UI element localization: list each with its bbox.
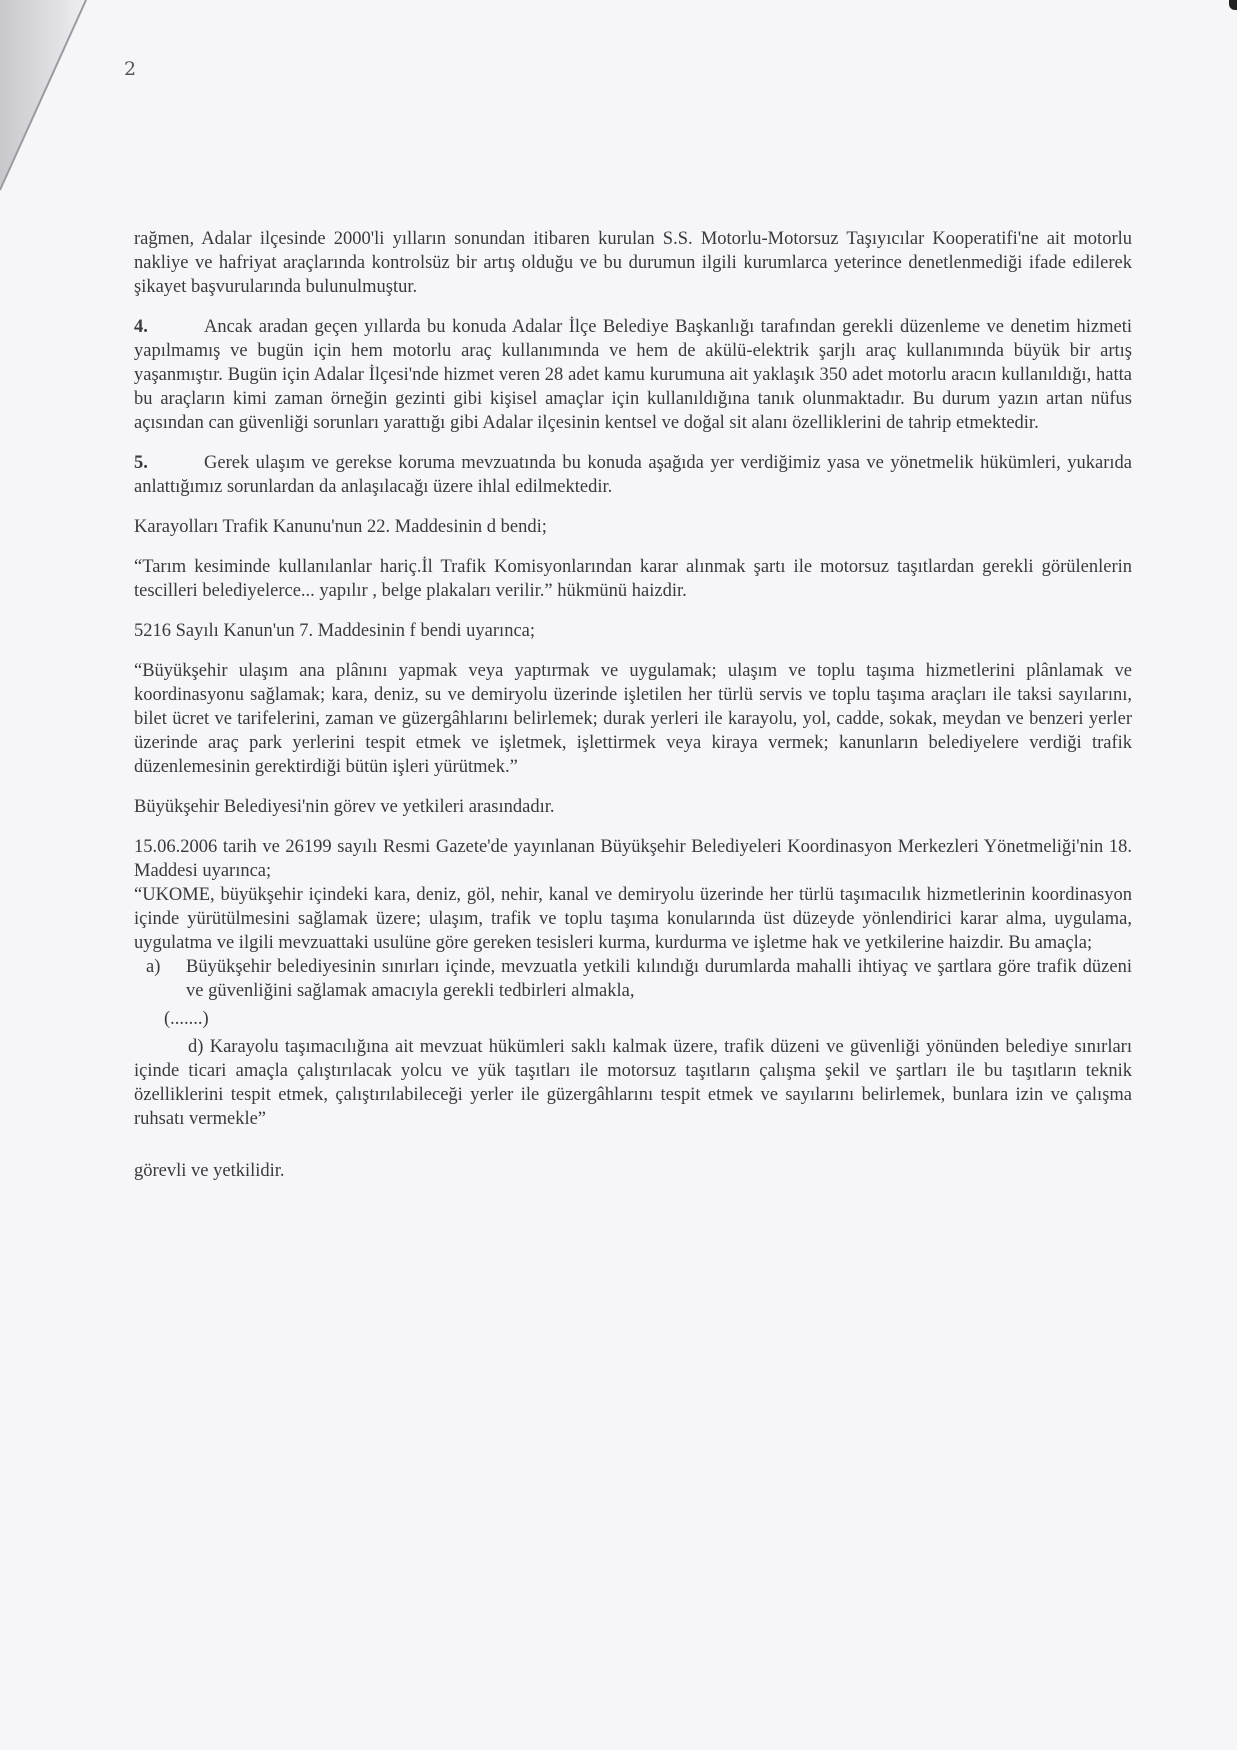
paragraph-5: 5.Gerek ulaşım ve gerekse koruma mevzuat… (134, 451, 1132, 499)
paragraph-text: Ancak aradan geçen yıllarda bu konuda Ad… (134, 317, 1132, 433)
law-heading-5216: 5216 Sayılı Kanun'un 7. Maddesinin f ben… (134, 619, 1132, 643)
page-number: 2 (124, 58, 136, 80)
list-item-a: a) Büyükşehir belediyesinin sınırları iç… (134, 955, 1132, 1003)
closing-line: görevli ve yetkilidir. (134, 1159, 1132, 1183)
paragraph-4: 4.Ancak aradan geçen yıllarda bu konuda … (134, 315, 1132, 435)
paragraph-number: 5. (134, 451, 204, 475)
list-item-label: a) (134, 955, 186, 1003)
paragraph-continuation: rağmen, Adalar ilçesinde 2000'li yılları… (134, 227, 1132, 299)
list-item-d: d) Karayolu taşımacılığına ait mevzuat h… (134, 1035, 1132, 1131)
list-item-text: Büyükşehir belediyesinin sınırları içind… (186, 955, 1132, 1003)
law-quote-traffic: “Tarım kesiminde kullanılanlar hariç.İl … (134, 555, 1132, 603)
document-body: rağmen, Adalar ilçesinde 2000'li yılları… (134, 227, 1132, 1199)
regulation-heading: 15.06.2006 tarih ve 26199 sayılı Resmi G… (134, 835, 1132, 883)
omission-marker: (.......) (164, 1007, 1132, 1031)
law-heading-traffic: Karayolları Trafik Kanunu'nun 22. Maddes… (134, 515, 1132, 539)
scan-edge-mark (1229, 0, 1237, 10)
municipality-duty: Büyükşehir Belediyesi'nin görev ve yetki… (134, 795, 1132, 819)
folded-page-corner (0, 0, 100, 200)
regulation-quote: “UKOME, büyükşehir içindeki kara, deniz,… (134, 883, 1132, 955)
paragraph-text: Gerek ulaşım ve gerekse koruma mevzuatın… (134, 453, 1132, 497)
paragraph-number: 4. (134, 315, 204, 339)
law-quote-5216: “Büyükşehir ulaşım ana plânını yapmak ve… (134, 659, 1132, 779)
